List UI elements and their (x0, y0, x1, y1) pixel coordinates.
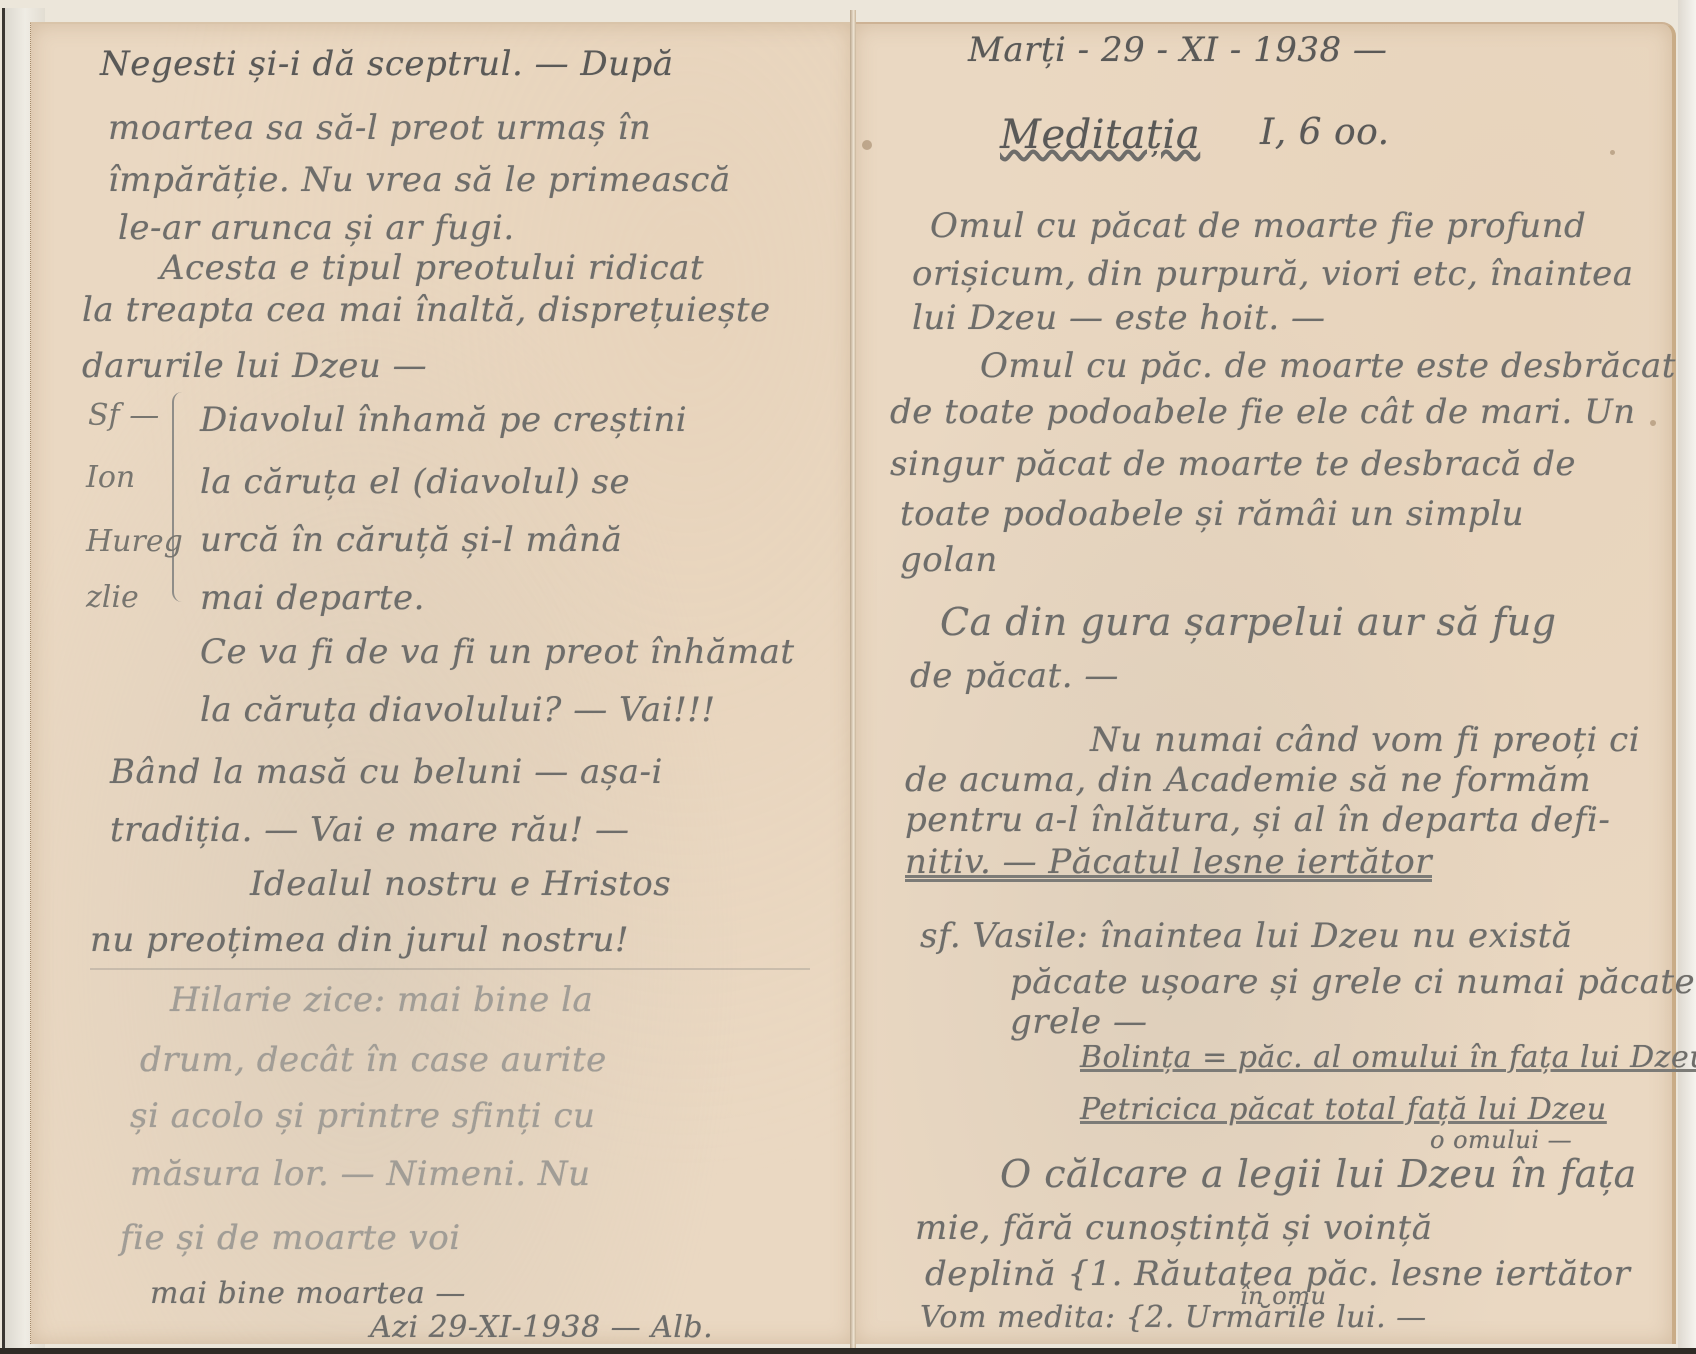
left-line-3: împărăție. Nu vrea să le primească (108, 160, 731, 200)
right-line-10: de păcat. — (910, 656, 1119, 696)
right-line-8: golan (900, 540, 998, 580)
right-line-2: orișicum, din purpură, viori etc, înaint… (912, 254, 1634, 294)
left-line-1: Negesti și-i dă sceptrul. — După (100, 44, 674, 84)
right-line-18: Bolința = păc. al omului în fața lui Dze… (1080, 1040, 1696, 1075)
brace-bracket (172, 392, 184, 602)
right-line-11: Nu numai când vom fi preoți ci (1090, 720, 1640, 760)
right-line-1: Omul cu păcat de moarte fie profund (930, 206, 1586, 246)
left-line-21: măsura lor. — Nimeni. Nu (130, 1154, 591, 1194)
left-line-5: Acesta e tipul preotului ridicat (160, 248, 704, 288)
left-line-10: urcă în căruță și-l mână (200, 520, 622, 560)
handwriting-layer: Negesti și-i dă sceptrul. — După moartea… (0, 0, 1696, 1354)
right-title-suffix: I, 6 oo. (1260, 112, 1390, 153)
right-line-14: nitiv. — Păcatul lesne iertător (905, 842, 1432, 882)
right-line-5: de toate podoabele fie ele cât de mari. … (890, 392, 1636, 432)
right-line-6: singur păcat de moarte te desbracă de (890, 444, 1576, 484)
left-line-23: mai bine moartea — (150, 1276, 466, 1311)
left-line-4: le-ar arunca și ar fugi. (118, 208, 515, 248)
right-line-19: Petricica păcat total față lui Dzeu (1080, 1092, 1607, 1127)
margin-note-2: Ion (86, 460, 135, 495)
left-line-16: Idealul nostru e Hristos (250, 864, 671, 904)
right-line-16: păcate ușoare și grele ci numai păcate (1010, 962, 1695, 1002)
right-line-17: grele — (1010, 1002, 1147, 1042)
right-line-9: Ca din gura șarpelui aur să fug (940, 600, 1557, 644)
left-line-13: la căruța diavolului? — Vai!!! (200, 690, 716, 730)
left-line-15: tradiția. — Vai e mare rău! — (110, 810, 629, 850)
left-line-22: fie și de moarte voi (120, 1218, 461, 1258)
margin-note-3: Hureg (86, 524, 183, 559)
left-line-19: drum, decât în case aurite (140, 1040, 607, 1080)
left-line-12: Ce va fi de va fi un preot înhămat (200, 632, 795, 672)
left-line-8: Diavolul înhamă pe creștini (200, 400, 687, 440)
left-line-14: Bând la masă cu beluni — așa-i (110, 752, 663, 792)
left-signature-date: Azi 29-XI-1938 — Alb. (370, 1310, 713, 1345)
left-line-9: la căruța el (diavolul) se (200, 462, 630, 502)
divider-rule (90, 968, 810, 970)
notebook-scan: Negesti și-i dă sceptrul. — După moartea… (0, 0, 1696, 1354)
margin-note-1: Sf — (88, 398, 159, 433)
right-line-3: lui Dzeu — este hoit. — (912, 298, 1325, 338)
right-line-15: sf. Vasile: înaintea lui Dzeu nu există (920, 916, 1573, 956)
right-line-24: Vom medita: {2. Urmările lui. — (920, 1300, 1427, 1335)
right-title: Meditația (1000, 112, 1200, 158)
right-line-22: mie, fără cunoștință și voință (915, 1208, 1432, 1248)
right-line-20: O călcare a legii lui Dzeu în fața (1000, 1152, 1637, 1196)
left-line-17: nu preoțimea din jurul nostru! (90, 920, 629, 960)
right-line-21: o omului — (1430, 1126, 1572, 1154)
left-line-7: darurile lui Dzeu — (82, 346, 427, 386)
left-line-20: și acolo și printre sfinți cu (130, 1096, 595, 1136)
left-line-2: moartea sa să-l preot urmaș în (108, 108, 651, 148)
right-line-4: Omul cu păc. de moarte este desbrăcat (980, 346, 1676, 386)
left-line-6: la treapta cea mai înaltă, disprețuiește (82, 290, 771, 330)
right-line-13: pentru a-l înlătura, și al în departa de… (905, 800, 1610, 840)
right-line-12: de acuma, din Academie să ne formăm (905, 760, 1591, 800)
right-line-25: în omu (1240, 1282, 1326, 1310)
right-line-7: toate podoabele și rămâi un simplu (900, 494, 1524, 534)
left-line-18: Hilarie zice: mai bine la (170, 980, 593, 1020)
margin-note-4: zlie (86, 580, 139, 615)
left-line-11: mai departe. (200, 578, 425, 618)
right-date-header: Marți - 29 - XI - 1938 — (968, 30, 1387, 70)
